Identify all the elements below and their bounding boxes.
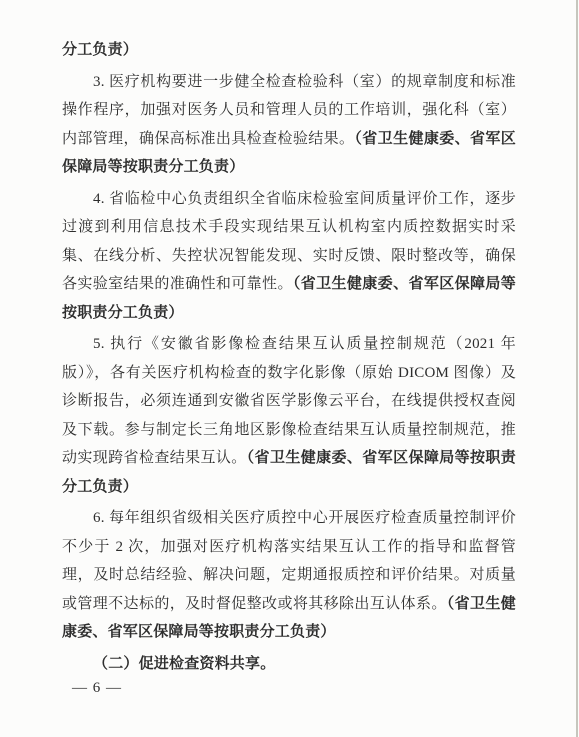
paragraph-item-5: 5. 执行《安徽省影像检查结果互认质量控制规范（2021 年版）》，各有关医疗机…	[62, 330, 516, 501]
paragraph-item-4: 4. 省临检中心负责组织全省临床检验室间质量评价工作，逐步过渡到利用信息技术手段…	[62, 185, 516, 328]
paragraph-item-3: 3. 医疗机构要进一步健全检查检验科（室）的规章制度和标准操作程序，加强对医务人…	[62, 68, 516, 182]
attribution-text: 分工负责）	[62, 42, 138, 58]
document-page: 分工负责） 3. 医疗机构要进一步健全检查检验科（室）的规章制度和标准操作程序，…	[0, 0, 579, 737]
section-heading: （二）促进检查资料共享。	[62, 650, 516, 679]
paragraph-item-6: 6. 每年组织省级相关医疗质控中心开展医疗检查质量控制评价不少于 2 次，加强对…	[62, 504, 516, 647]
page-number: — 6 —	[72, 680, 122, 697]
paragraph-attribution-continuation: 分工负责）	[62, 36, 516, 65]
section-heading-text: （二）促进检查资料共享。	[93, 656, 275, 672]
body-text: 5. 执行《安徽省影像检查结果互认质量控制规范（2021 年版）》，各有关医疗机…	[62, 336, 516, 466]
document-body: 分工负责） 3. 医疗机构要进一步健全检查检验科（室）的规章制度和标准操作程序，…	[62, 36, 516, 681]
scan-edge-line	[576, 0, 578, 737]
